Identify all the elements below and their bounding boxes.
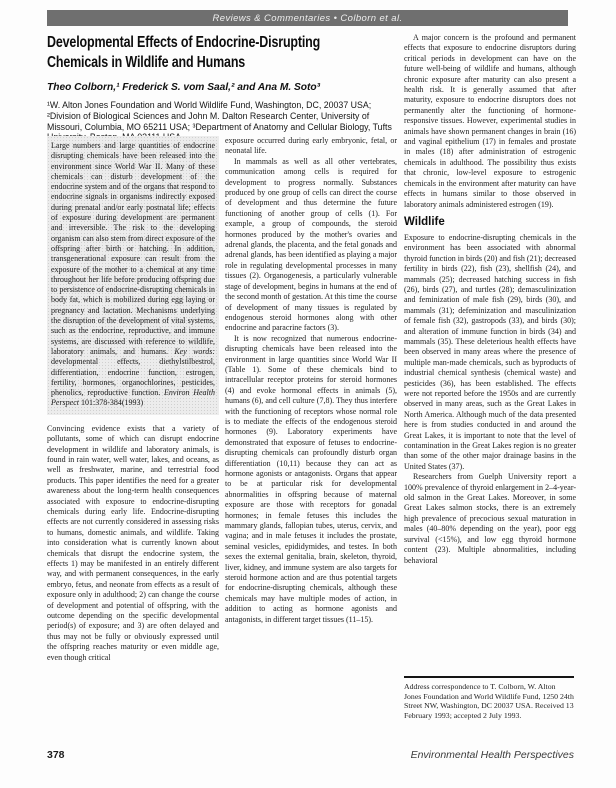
column-left: Large numbers and large quantities of en… [47, 136, 219, 748]
authors-line: Theo Colborn,¹ Frederick S. vom Saal,² a… [47, 82, 399, 93]
journal-name: Environmental Health Perspectives [411, 749, 574, 761]
body-paragraph: Convincing evidence exists that a variet… [47, 424, 219, 663]
title-block: Developmental Effects of Endocrine-Disru… [47, 33, 399, 143]
body-paragraph: It is now recognized that numerous endoc… [225, 334, 397, 625]
abstract-keywords-label: Key words: [174, 347, 215, 356]
footnote-rule [404, 676, 574, 678]
correspondence-block: Address correspondence to T. Colborn, W.… [404, 676, 574, 720]
running-header-text: Reviews & Commentaries • Colborn et al. [213, 13, 403, 24]
page-number: 378 [47, 749, 65, 761]
running-header: Reviews & Commentaries • Colborn et al. [47, 10, 568, 26]
column-middle: exposure occurred during early embryonic… [225, 136, 397, 736]
page-footer: 378 Environmental Health Perspectives [47, 749, 574, 761]
body-paragraph: A major concern is the profound and perm… [404, 33, 576, 210]
correspondence-footnote: Address correspondence to T. Colborn, W.… [404, 682, 574, 720]
section-heading-wildlife: Wildlife [404, 216, 576, 229]
abstract-text: Large numbers and large quantities of en… [51, 141, 215, 356]
column-right: A major concern is the profound and perm… [404, 33, 576, 645]
body-paragraph: In mammals as well as all other vertebra… [225, 157, 397, 334]
body-paragraph: Exposure to endocrine-disrupting chemica… [404, 233, 576, 472]
abstract-citation-ref: 101:378-384(1993) [81, 398, 143, 407]
body-paragraph: Researchers from Guelph University repor… [404, 472, 576, 566]
page-title: Developmental Effects of Endocrine-Disru… [47, 33, 359, 73]
body-paragraph: exposure occurred during early embryonic… [225, 136, 397, 157]
abstract-box: Large numbers and large quantities of en… [47, 136, 219, 415]
paper-page: Reviews & Commentaries • Colborn et al. … [0, 0, 616, 788]
